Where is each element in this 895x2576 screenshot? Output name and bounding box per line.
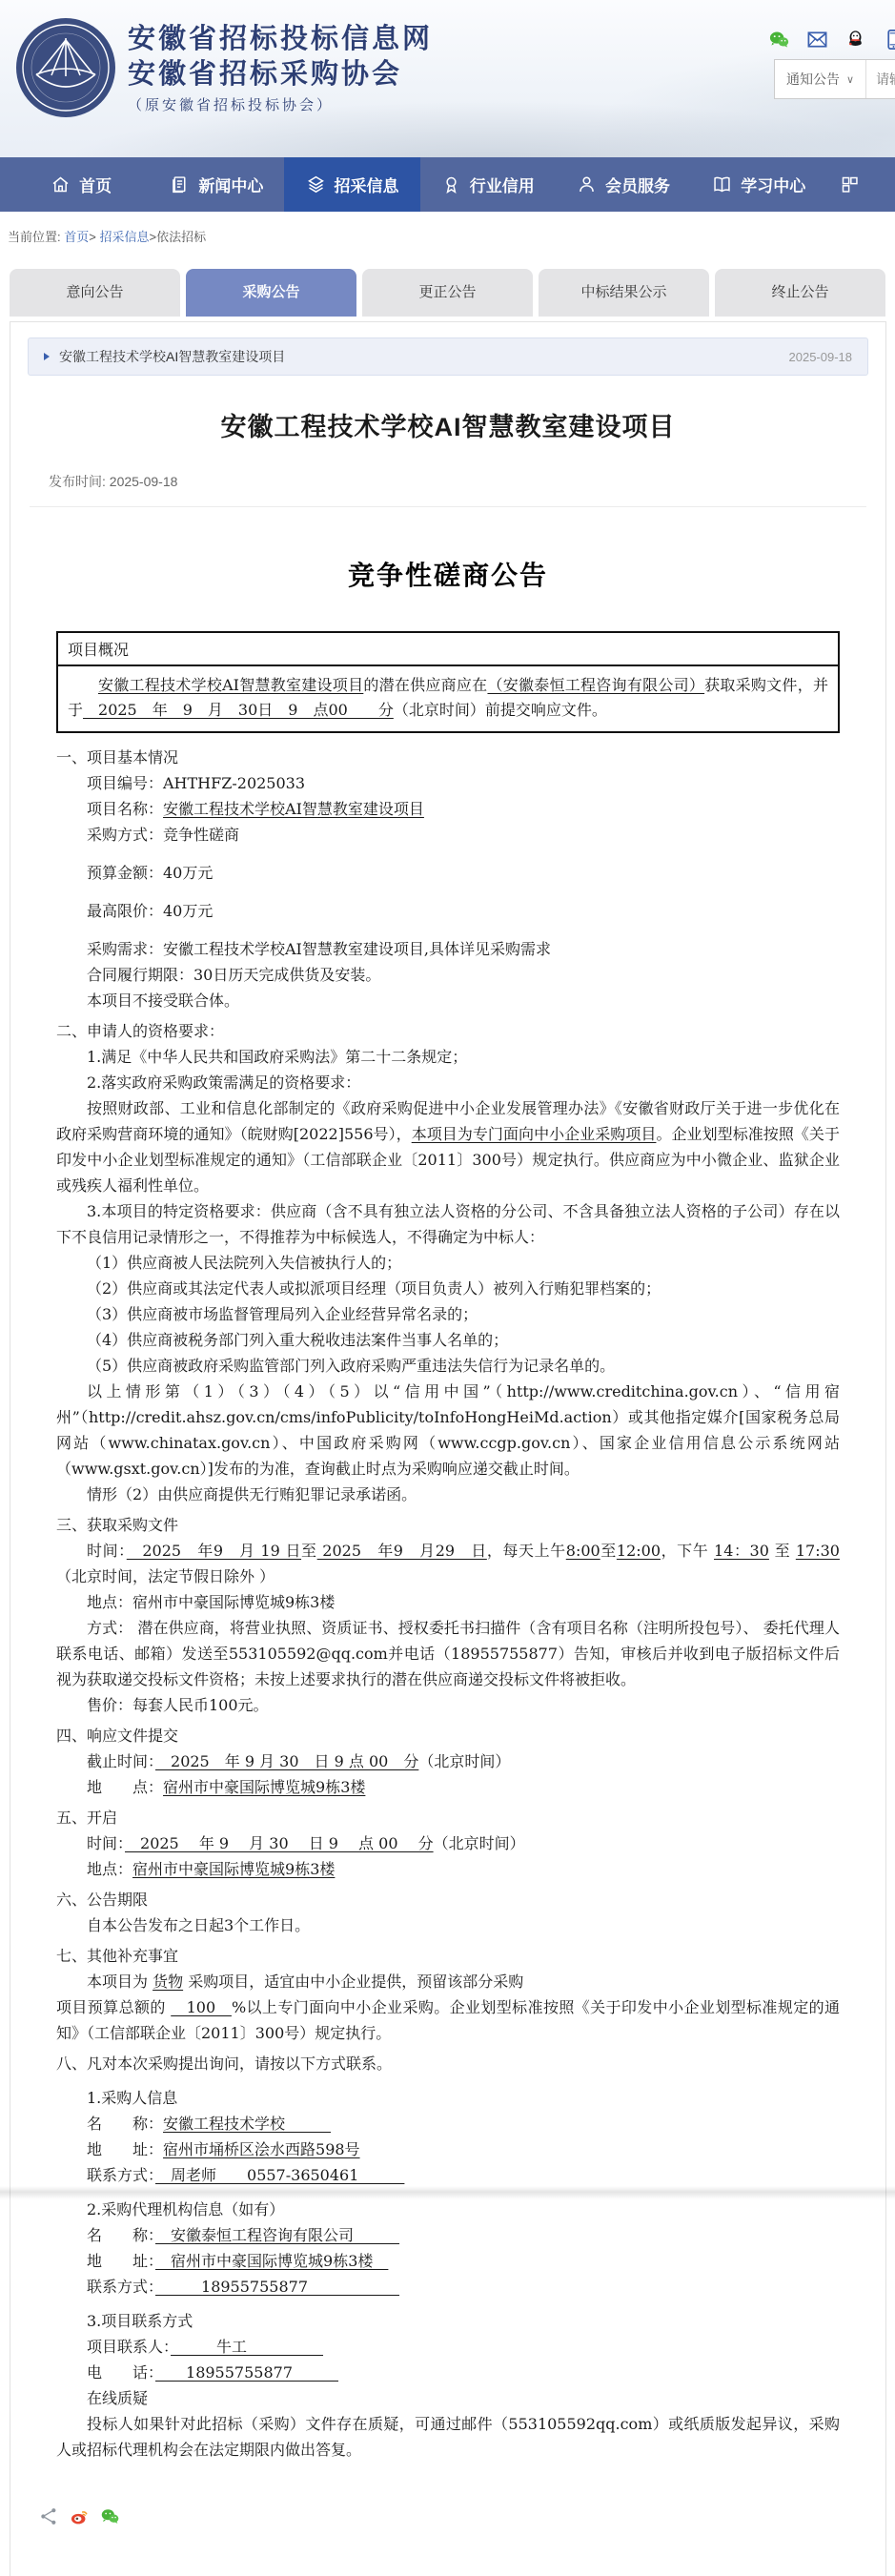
- nav-item-member[interactable]: 会员服务: [556, 157, 691, 212]
- nav-item-bidding[interactable]: 招采信息: [284, 157, 419, 212]
- doc-section-heading: 八、凡对本次采购提出询问，请按以下方式联系。: [56, 2051, 840, 2076]
- doc-line: （2）供应商或其法定代表人或拟派项目经理（项目负责人）被列入行贿犯罪档案的；: [56, 1276, 840, 1301]
- doc-line: 在线质疑: [56, 2385, 840, 2411]
- doc-line: 地 址：宿州市埇桥区浍水西路598号: [56, 2136, 840, 2162]
- doc-line: 本项目不接受联合体。: [56, 988, 840, 1013]
- nav-item-label: 招采信息: [335, 173, 399, 196]
- title-divider: [30, 506, 866, 507]
- doc-line: 电 话： 18955755877: [56, 2360, 840, 2385]
- breadcrumb-prefix: 当前位置:: [8, 230, 64, 244]
- tab-更正公告[interactable]: 更正公告: [362, 269, 533, 317]
- content-panel: 安徽工程技术学校AI智慧教室建设项目 2025-09-18 安徽工程技术学校AI…: [10, 321, 886, 2576]
- breadcrumb-current: >依法招标: [149, 230, 206, 244]
- doc-section-heading: 六、公告期限: [56, 1887, 840, 1912]
- search-category-label: 通知公告: [786, 70, 840, 89]
- person-icon: [577, 174, 597, 194]
- doc-line: 本项目为 货物 采购项目，适宜由中小企业提供，预留该部分采购: [56, 1969, 840, 1994]
- book-icon: [712, 174, 732, 194]
- nav-item-home[interactable]: 首页: [13, 157, 149, 212]
- nav-item-label: 学习中心: [741, 173, 805, 196]
- breadcrumb-link-bidding[interactable]: 招采信息: [99, 230, 149, 244]
- breadcrumb-link-home[interactable]: 首页: [64, 230, 89, 244]
- notice-tabs: 意向公告采购公告更正公告中标结果公示终止公告: [10, 269, 895, 317]
- site-title-block: 安徽省招标投标信息网 安徽省招标采购协会 （原安徽省招标投标协会）: [128, 21, 433, 114]
- grid-icon: [840, 174, 860, 194]
- site-title-line3: （原安徽省招标投标协会）: [128, 94, 433, 114]
- doc-section-heading: 七、其他补充事宜: [56, 1943, 840, 1969]
- site-logo: [15, 17, 116, 118]
- doc-line: 地 址： 宿州市中豪国际博览城9栋3楼: [56, 2248, 840, 2274]
- site-title-line1: 安徽省招标投标信息网: [128, 21, 433, 56]
- doc-line: 按照财政部、工业和信息化部制定的《政府采购促进中小企业发展管理办法》《安徽省财政…: [56, 1095, 840, 1198]
- tab-中标结果公示[interactable]: 中标结果公示: [539, 269, 709, 317]
- nav-item-more[interactable]: [826, 157, 895, 212]
- overview-box-title: 项目概况: [58, 633, 838, 666]
- doc-section-heading: 三、获取采购文件: [56, 1512, 840, 1538]
- doc-section-heading: 四、响应文件提交: [56, 1723, 840, 1748]
- doc-line: 采购需求：安徽工程技术学校AI智慧教室建设项目,具体详见采购需求: [56, 936, 840, 962]
- doc-line: 采购方式：竞争性磋商: [56, 822, 840, 848]
- doc-line: 3.项目联系方式: [56, 2308, 840, 2334]
- doc-line: 时间： 2025 年9 月 19 日至 2025 年9 月29 日，每天上午8:…: [56, 1538, 840, 1589]
- news-icon: [170, 174, 190, 194]
- doc-line: 名 称： 安徽泰恒工程咨询有限公司: [56, 2222, 840, 2248]
- doc-line: 3.本项目的特定资格要求：供应商（含不具有独立法人资格的分公司、不含具备独立法人…: [56, 1198, 840, 1250]
- mobile-icon[interactable]: [883, 29, 895, 51]
- nav-item-label: 新闻中心: [198, 173, 263, 196]
- doc-blocks: 一、项目基本情况项目编号：AHTHFZ-2025033项目名称：安徽工程技术学校…: [56, 745, 840, 2463]
- nav-item-label: 会员服务: [605, 173, 670, 196]
- announcement-document: 竞争性磋商公告 项目概况 安徽工程技术学校AI智慧教室建设项目的潜在供应商应在（…: [56, 555, 840, 2463]
- doc-line: （1）供应商被人民法院列入失信被执行人的；: [56, 1250, 840, 1276]
- chevron-down-icon: ∨: [846, 73, 854, 86]
- doc-line: 时间： 2025 年 9 月 30 日 9 点 00 分（北京时间）: [56, 1830, 840, 1856]
- doc-line: 预算金额：40万元: [56, 860, 840, 886]
- page-title: 安徽工程技术学校AI智慧教室建设项目: [10, 406, 885, 443]
- doc-line: 项目联系人： 牛工: [56, 2334, 840, 2360]
- doc-line: 最高限价：40万元: [56, 898, 840, 924]
- caret-right-icon: [44, 353, 50, 360]
- doc-line: 2.落实政府采购政策需满足的资格要求：: [56, 1070, 840, 1095]
- doc-section-heading: 五、开启: [56, 1805, 840, 1830]
- search-category-dropdown[interactable]: 通知公告 ∨: [775, 60, 866, 98]
- doc-line: （3）供应商被市场监督管理局列入企业经营异常名录的；: [56, 1301, 840, 1327]
- search-input[interactable]: [866, 60, 895, 98]
- tab-终止公告[interactable]: 终止公告: [715, 269, 885, 317]
- site-title-line2: 安徽省招标采购协会: [128, 56, 433, 92]
- doc-line: 合同履行期限：30日历天完成供货及安装。: [56, 962, 840, 988]
- doc-line: 地 点：宿州市中豪国际博览城9栋3楼: [56, 1774, 840, 1800]
- list-item-date: 2025-09-18: [789, 350, 853, 364]
- tab-采购公告[interactable]: 采购公告: [186, 269, 356, 317]
- nav-item-study[interactable]: 学习中心: [691, 157, 826, 212]
- doc-line: 方式： 潜在供应商，将营业执照、资质证书、授权委托书扫描件（含有项目名称（注明所…: [56, 1615, 840, 1692]
- doc-line: 截止时间： 2025 年 9 月 30 日 9 点 00 分（北京时间）: [56, 1748, 840, 1774]
- doc-heading: 竞争性磋商公告: [56, 555, 840, 593]
- doc-line: （5）供应商被政府采购监管部门列入政府采购严重违法失信行为记录名单的。: [56, 1353, 840, 1379]
- home-icon: [51, 174, 71, 194]
- overview-box-body: 安徽工程技术学校AI智慧教室建设项目的潜在供应商应在（安徽泰恒工程咨询有限公司）…: [58, 666, 838, 731]
- main-nav: 首页新闻中心招采信息行业信用会员服务学习中心: [0, 157, 895, 212]
- doc-section-heading: 一、项目基本情况: [56, 745, 840, 770]
- weibo-icon[interactable]: [70, 2506, 90, 2526]
- tab-意向公告[interactable]: 意向公告: [10, 269, 180, 317]
- doc-section-heading: 二、申请人的资格要求：: [56, 1018, 840, 1044]
- wechat-share-icon[interactable]: [100, 2506, 120, 2526]
- medal-icon: [441, 174, 461, 194]
- doc-line: 项目名称：安徽工程技术学校AI智慧教室建设项目: [56, 796, 840, 822]
- doc-line: 地点：宿州市中豪国际博览城9栋3楼: [56, 1589, 840, 1615]
- nav-item-label: 首页: [79, 173, 112, 196]
- publish-time: 发布时间: 2025-09-18: [49, 472, 885, 491]
- doc-line: 联系方式： 18955755877: [56, 2274, 840, 2300]
- nav-item-label: 行业信用: [470, 173, 535, 196]
- qq-icon[interactable]: [844, 29, 866, 51]
- doc-line: 投标人如果针对此招标（采购）文件存在质疑，可通过邮件（553105592qq.c…: [56, 2411, 840, 2463]
- doc-line: （4）供应商被税务部门列入重大税收违法案件当事人名单的；: [56, 1327, 840, 1353]
- nav-item-news[interactable]: 新闻中心: [149, 157, 284, 212]
- list-item-title[interactable]: 安徽工程技术学校AI智慧教室建设项目: [59, 347, 789, 366]
- doc-line: 自本公告发布之日起3个工作日。: [56, 1912, 840, 1938]
- doc-line: 情形（2）由供应商提供无行贿犯罪记录承诺函。: [56, 1482, 840, 1507]
- search-box: 通知公告 ∨: [774, 59, 895, 99]
- doc-line: 2.采购代理机构信息（如有）: [56, 2197, 840, 2222]
- doc-line: 以上情形第（1）（3）（4）（5）以“信用中国”（http://www.cred…: [56, 1379, 840, 1482]
- layers-icon: [306, 174, 326, 194]
- share-bar: [39, 2506, 885, 2526]
- doc-line: 售价：每套人民币100元。: [56, 1692, 840, 1718]
- nav-item-credit[interactable]: 行业信用: [420, 157, 556, 212]
- mail-icon[interactable]: [806, 29, 828, 51]
- social-links: [768, 29, 895, 51]
- project-overview-box: 项目概况 安徽工程技术学校AI智慧教室建设项目的潜在供应商应在（安徽泰恒工程咨询…: [56, 631, 840, 733]
- doc-line: 项目预算总额的 100 %以上专门面向中小企业采购。企业划型标准按照《关于印发中…: [56, 1994, 840, 2046]
- share-icon[interactable]: [39, 2506, 59, 2526]
- doc-line: 1.采购人信息: [56, 2085, 840, 2111]
- breadcrumb: 当前位置: 首页> 招采信息>依法招标: [0, 212, 895, 245]
- doc-line: 地点：宿州市中豪国际博览城9栋3楼: [56, 1856, 840, 1882]
- wechat-icon[interactable]: [768, 29, 790, 51]
- site-header: 安徽省招标投标信息网 安徽省招标采购协会 （原安徽省招标投标协会）: [0, 0, 895, 157]
- doc-line: 1.满足《中华人民共和国政府采购法》第二十二条规定；: [56, 1044, 840, 1070]
- doc-line: 联系方式： 周老师 0557-3650461: [56, 2162, 840, 2188]
- doc-line: 名 称：安徽工程技术学校: [56, 2111, 840, 2136]
- doc-line: 项目编号：AHTHFZ-2025033: [56, 770, 840, 796]
- breadcrumb-sep: >: [89, 230, 99, 244]
- announcement-list-item[interactable]: 安徽工程技术学校AI智慧教室建设项目 2025-09-18: [28, 337, 868, 376]
